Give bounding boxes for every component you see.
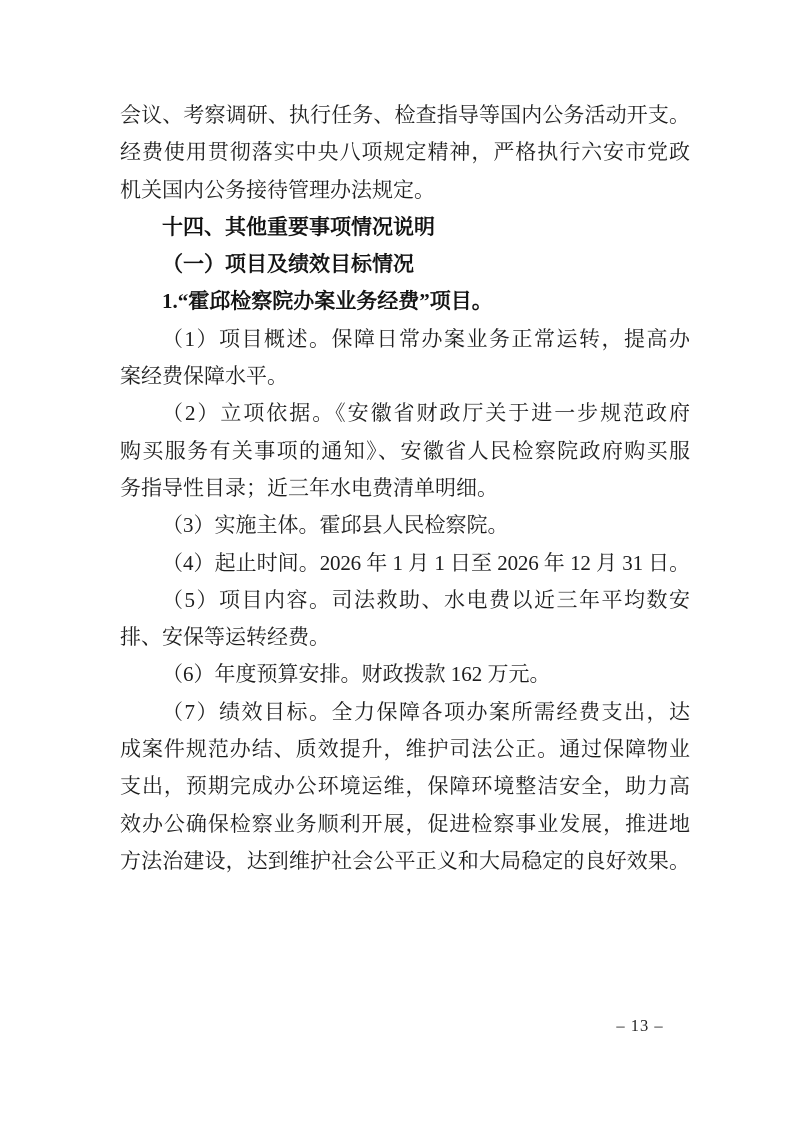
body-text-line: 支出，预期完成办公环境运维，保障环境整洁安全，助力高 bbox=[120, 768, 690, 805]
body-text-line: （4）起止时间。2026 年 1 月 1 日至 2026 年 12 月 31 日… bbox=[120, 545, 690, 582]
heading-project-1: 1.“霍邱检察院办案业务经费”项目。 bbox=[120, 283, 690, 320]
body-text-line: （2）立项依据。《安徽省财政厅关于进一步规范政府 bbox=[120, 395, 690, 432]
body-text-line: （3）实施主体。霍邱县人民检察院。 bbox=[120, 507, 690, 544]
body-text-line: 会议、考察调研、执行任务、检查指导等国内公务活动开支。 bbox=[120, 97, 690, 134]
body-text-line: （1）项目概述。保障日常办案业务正常运转，提高办 bbox=[120, 321, 690, 358]
body-text-line: 成案件规范办结、质效提升，维护司法公正。通过保障物业 bbox=[120, 731, 690, 768]
body-text-line: （7）绩效目标。全力保障各项办案所需经费支出，达 bbox=[120, 694, 690, 731]
body-text-line: （5）项目内容。司法救助、水电费以近三年平均数安 bbox=[120, 582, 690, 619]
body-text-line: 机关国内公务接待管理办法规定。 bbox=[120, 172, 690, 209]
body-text-line: 案经费保障水平。 bbox=[120, 358, 690, 395]
heading-subsection-1: （一）项目及绩效目标情况 bbox=[120, 246, 690, 283]
body-text-line: （6）年度预算安排。财政拨款 162 万元。 bbox=[120, 656, 690, 693]
heading-section-14: 十四、其他重要事项情况说明 bbox=[120, 209, 690, 246]
document-body: 会议、考察调研、执行任务、检查指导等国内公务活动开支。 经费使用贯彻落实中央八项… bbox=[120, 97, 690, 880]
body-text-line: 购买服务有关事项的通知》、安徽省人民检察院政府购买服 bbox=[120, 433, 690, 470]
document-page: 会议、考察调研、执行任务、检查指导等国内公务活动开支。 经费使用贯彻落实中央八项… bbox=[0, 0, 793, 1122]
page-number: – 13 – bbox=[592, 1016, 688, 1036]
body-text-line: 排、安保等运转经费。 bbox=[120, 619, 690, 656]
body-text-line: 务指导性目录；近三年水电费清单明细。 bbox=[120, 470, 690, 507]
body-text-line: 方法治建设，达到维护社会公平正义和大局稳定的良好效果。 bbox=[120, 843, 690, 880]
body-text-line: 效办公确保检察业务顺利开展，促进检察事业发展，推进地 bbox=[120, 806, 690, 843]
body-text-line: 经费使用贯彻落实中央八项规定精神，严格执行六安市党政 bbox=[120, 134, 690, 171]
